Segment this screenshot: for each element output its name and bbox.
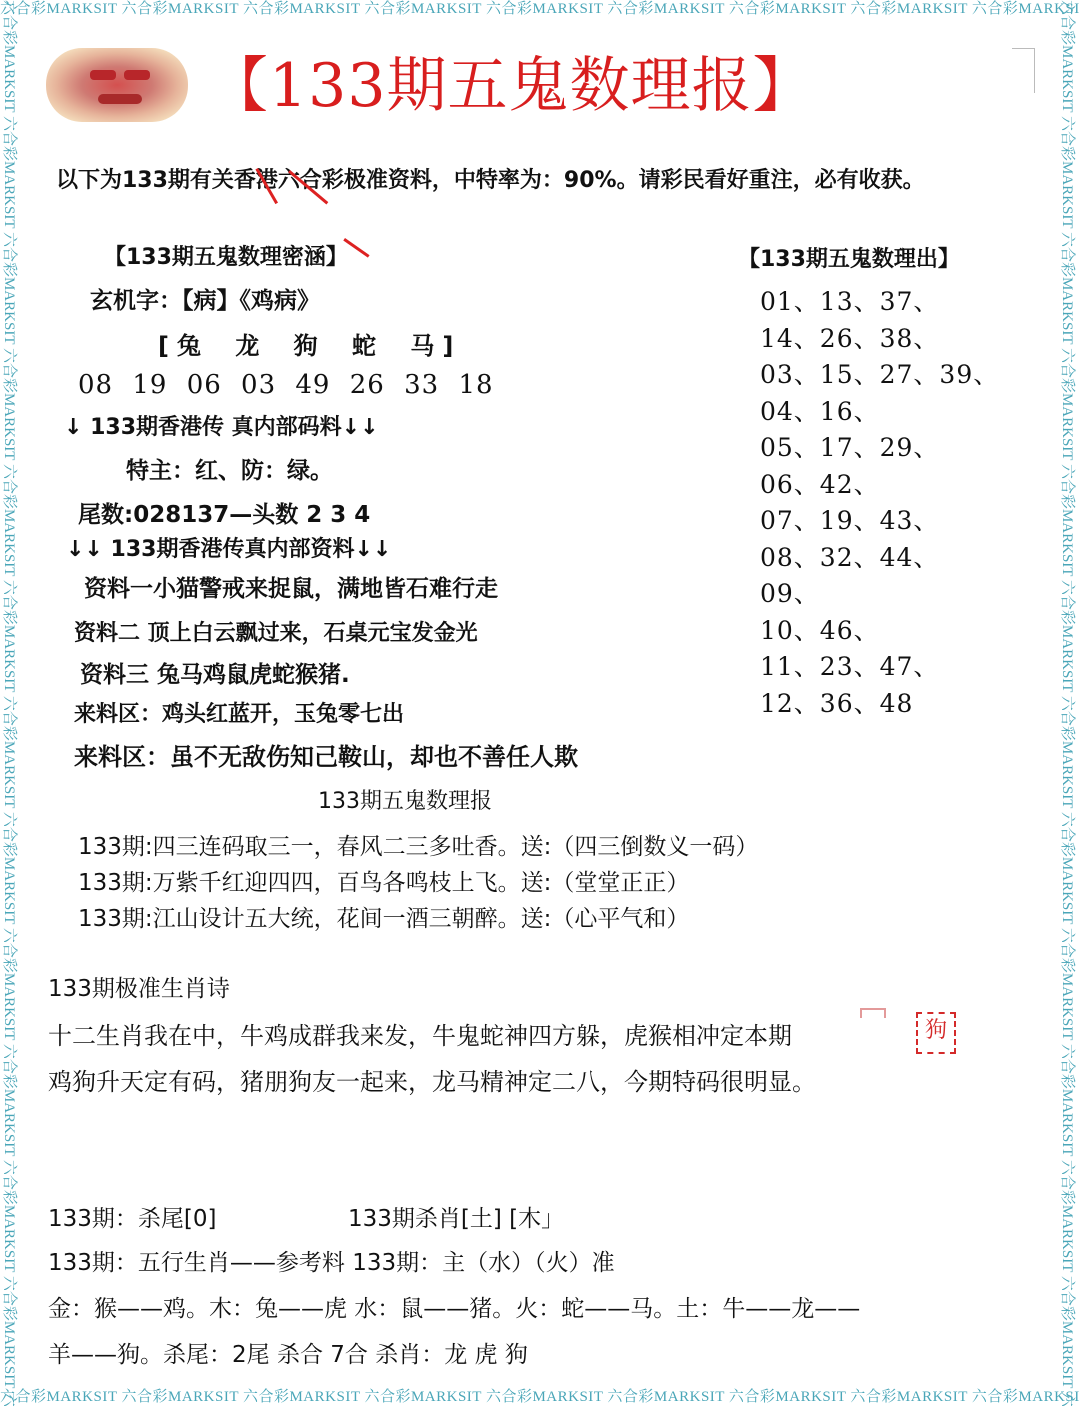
- list-item: 06、42、: [760, 467, 999, 504]
- page-title: 【133期五鬼数理报】: [208, 46, 814, 126]
- watermark-text: 六合彩MARKSIT 六合彩MARKSIT 六合彩MARKSIT 六合彩MARK…: [1058, 0, 1076, 1407]
- list-item: 05、17、29、: [760, 430, 999, 467]
- list-item: 09、: [760, 576, 999, 613]
- list-item: 03、15、27、39、: [760, 357, 999, 394]
- info-line-1: 资料一小猫警戒来捉鼠，满地皆石难行走: [84, 570, 498, 603]
- red-stamp: 狗: [916, 1012, 956, 1054]
- list-item: 01、13、37、: [760, 284, 999, 321]
- watermark-text: 六合彩MARKSIT 六合彩MARKSIT 六合彩MARKSIT 六合彩MARK…: [0, 0, 18, 1407]
- hk-info-heading: ↓↓ 133期香港传真内部资料↓↓: [66, 532, 391, 563]
- eye-shape: [124, 70, 150, 80]
- list-item: 04、16、: [760, 394, 999, 431]
- report-line: 133期:四三连码取三一，春风二三多吐香。送:（四三倒数义一码）: [78, 828, 758, 861]
- corner-mark: [1012, 48, 1035, 93]
- source-line-2: 来料区：虽不无敌伤知己鞍山，却也不善任人欺: [74, 737, 578, 772]
- list-item: 14、26、38、: [760, 321, 999, 358]
- list-item: 12、36、48: [760, 686, 999, 723]
- wuxing-line-1: 金：猴——鸡。木：兔——虎 水：鼠——猪。火：蛇——马。土：牛——龙——: [48, 1290, 860, 1323]
- source-line-1: 来料区：鸡头红蓝开，玉兔零七出: [74, 697, 404, 728]
- watermark-text: 六合彩MARKSIT 六合彩MARKSIT 六合彩MARKSIT 六合彩MARK…: [0, 1389, 1080, 1405]
- report-line: 133期:万紫千红迎四四，百鸟各鸣枝上飞。送:（堂堂正正）: [78, 864, 689, 897]
- list-item: 08、32、44、: [760, 540, 999, 577]
- kill-zodiac: 133期杀肖[土] [木」: [348, 1200, 564, 1233]
- report-line: 133期:江山设计五大统，花间一酒三朝醉。送:（心平气和）: [78, 900, 689, 933]
- special-color: 特主：红、防：绿。: [126, 452, 333, 485]
- kill-tail: 133期：杀尾[0]: [48, 1200, 216, 1233]
- eye-shape: [90, 70, 116, 80]
- zodiac-set: [兔 龙 狗 蛇 马]: [158, 326, 461, 361]
- tail-numbers: 尾数:028137—头数 2 3 4: [78, 496, 370, 529]
- watermark-left: 六合彩MARKSIT 六合彩MARKSIT 六合彩MARKSIT 六合彩MARK…: [0, 0, 18, 1407]
- wuxing-heading: 133期：五行生肖——参考料 133期：主（水）（火）准: [48, 1244, 615, 1277]
- number-list: 01、13、37、 14、26、38、 03、15、27、39、 04、16、 …: [760, 284, 999, 722]
- poem-line-2: 鸡狗升天定有码，猪朋狗友一起来，龙马精神定二八，今期特码很明显。: [48, 1062, 816, 1097]
- watermark-bottom: 六合彩MARKSIT 六合彩MARKSIT 六合彩MARKSIT 六合彩MARK…: [0, 1388, 1080, 1406]
- watermark-top: 六合彩MARKSIT 六合彩MARKSIT 六合彩MARKSIT 六合彩MARK…: [0, 0, 1080, 18]
- intro-text: 以下为133期有关香港六合彩极准资料，中特率为：90%。请彩民看好重注，必有收获…: [56, 164, 1046, 198]
- stamp-mark: [860, 1008, 886, 1018]
- poem-line-1: 十二生肖我在中，牛鸡成群我来发，牛鬼蛇神四方躲，虎猴相冲定本期: [48, 1016, 792, 1051]
- lucky-numbers: 08 19 06 03 49 26 33 18: [78, 370, 494, 400]
- wuxing-line-2: 羊——狗。杀尾：2尾 杀合 7合 杀肖：龙 虎 狗: [48, 1336, 528, 1369]
- info-line-3: 资料三 兔马鸡鼠虎蛇猴猪.: [80, 656, 350, 689]
- list-item: 11、23、47、: [760, 649, 999, 686]
- report-title: 133期五鬼数理报: [318, 784, 492, 815]
- mouth-shape: [98, 94, 142, 104]
- poem-title: 133期极准生肖诗: [48, 970, 230, 1003]
- face-portrait-icon: [46, 48, 188, 122]
- hk-code-heading: ↓ 133期香港传 真内部码料↓↓: [64, 410, 379, 441]
- watermark-text: 六合彩MARKSIT 六合彩MARKSIT 六合彩MARKSIT 六合彩MARK…: [0, 1, 1080, 17]
- xuanji-text: 玄机字：【病】《鸡病》: [90, 282, 320, 315]
- info-line-2: 资料二 顶上白云飘过来，石桌元宝发金光: [74, 616, 478, 647]
- output-title: 【133期五鬼数理出】: [738, 242, 960, 273]
- list-item: 07、19、43、: [760, 503, 999, 540]
- mystery-title: 【133期五鬼数理密涵】: [104, 240, 348, 271]
- watermark-right: 六合彩MARKSIT 六合彩MARKSIT 六合彩MARKSIT 六合彩MARK…: [1058, 0, 1076, 1407]
- list-item: 10、46、: [760, 613, 999, 650]
